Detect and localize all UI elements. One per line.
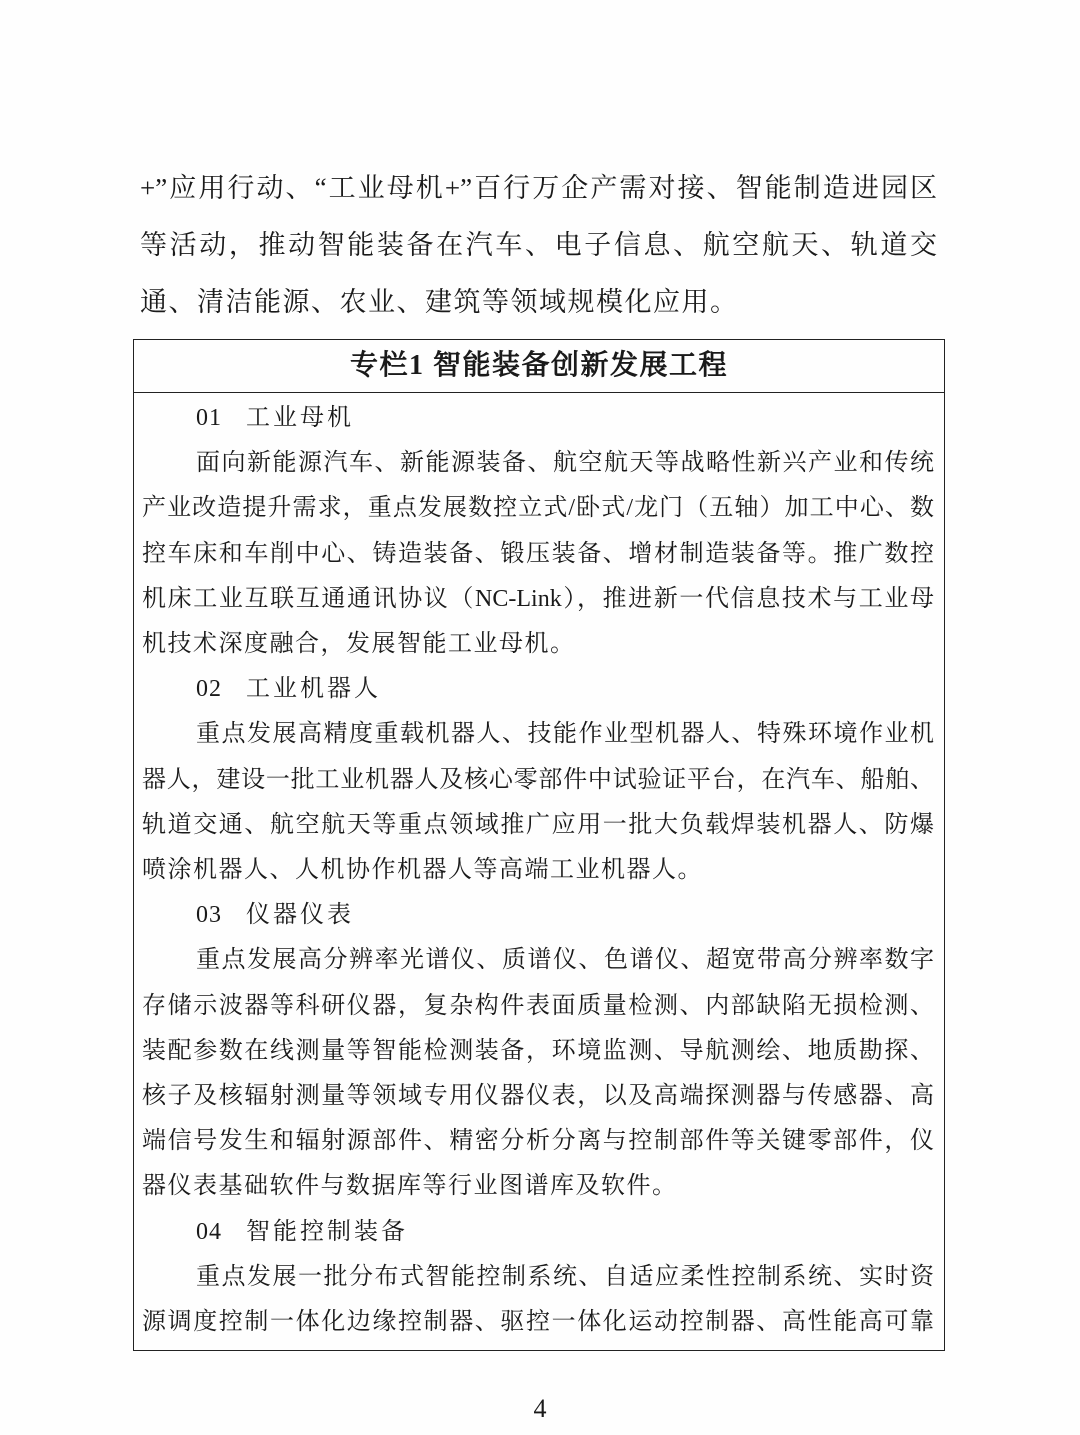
text-line: 核子及核辐射测量等领域专用仪器仪表，以及高端探测器与传感器、高	[142, 1074, 934, 1119]
text-line: 器人，建设一批工业机器人及核心零部件中试验证平台，在汽车、船舶、	[142, 758, 934, 803]
project-box: 专栏1 智能装备创新发展工程 01工业母机面向新能源汽车、新能源装备、航空航天等…	[133, 339, 945, 1351]
text-line: +”应用行动、“工业母机+”百行万企产需对接、智能制造进园区	[140, 160, 937, 217]
section-title: 工业机器人	[246, 676, 381, 702]
text-line: 面向新能源汽车、新能源装备、航空航天等战略性新兴产业和传统	[142, 441, 934, 486]
section-number: 04	[196, 1219, 222, 1245]
section-heading: 03仪器仪表	[142, 893, 934, 938]
text-line: 存储示波器等科研仪器，复杂构件表面质量检测、内部缺陷无损检测、	[142, 984, 934, 1029]
section-heading: 01工业母机	[142, 396, 934, 441]
section-title: 仪器仪表	[246, 902, 354, 928]
text-line: 机技术深度融合，发展智能工业母机。	[142, 622, 934, 667]
intro-paragraph: +”应用行动、“工业母机+”百行万企产需对接、智能制造进园区等活动，推动智能装备…	[140, 160, 937, 331]
text-line: 喷涂机器人、人机协作机器人等高端工业机器人。	[142, 848, 934, 893]
text-line: 重点发展高分辨率光谱仪、质谱仪、色谱仪、超宽带高分辨率数字	[142, 938, 934, 983]
box-title: 专栏1 智能装备创新发展工程	[134, 340, 944, 393]
text-line: 等活动，推动智能装备在汽车、电子信息、航空航天、轨道交	[140, 217, 937, 274]
document-page: +”应用行动、“工业母机+”百行万企产需对接、智能制造进园区等活动，推动智能装备…	[0, 0, 1080, 1435]
text-line: 器仪表基础软件与数据库等行业图谱库及软件。	[142, 1164, 934, 1209]
text-line: 轨道交通、航空航天等重点领域推广应用一批大负载焊装机器人、防爆	[142, 803, 934, 848]
section-title: 智能控制装备	[246, 1219, 408, 1245]
section-number: 02	[196, 676, 222, 702]
section-heading: 02工业机器人	[142, 667, 934, 712]
text-line: 机床工业互联互通通讯协议（NC-Link），推进新一代信息技术与工业母	[142, 577, 934, 622]
text-line: 控车床和车削中心、铸造装备、锻压装备、增材制造装备等。推广数控	[142, 532, 934, 577]
page-number: 4	[0, 1394, 1080, 1424]
text-line: 产业改造提升需求，重点发展数控立式/卧式/龙门（五轴）加工中心、数	[142, 486, 934, 531]
text-line: 源调度控制一体化边缘控制器、驱控一体化运动控制器、高性能高可靠	[142, 1300, 934, 1345]
text-line: 端信号发生和辐射源部件、精密分析分离与控制部件等关键零部件，仪	[142, 1119, 934, 1164]
box-body: 01工业母机面向新能源汽车、新能源装备、航空航天等战略性新兴产业和传统产业改造提…	[134, 393, 944, 1350]
section-heading: 04智能控制装备	[142, 1210, 934, 1255]
text-line: 重点发展一批分布式智能控制系统、自适应柔性控制系统、实时资	[142, 1255, 934, 1300]
section-number: 01	[196, 405, 222, 431]
section-number: 03	[196, 902, 222, 928]
text-line: 通、清洁能源、农业、建筑等领域规模化应用。	[140, 274, 937, 331]
section-title: 工业母机	[246, 405, 354, 431]
text-line: 装配参数在线测量等智能检测装备，环境监测、导航测绘、地质勘探、	[142, 1029, 934, 1074]
text-line: 重点发展高精度重载机器人、技能作业型机器人、特殊环境作业机	[142, 712, 934, 757]
